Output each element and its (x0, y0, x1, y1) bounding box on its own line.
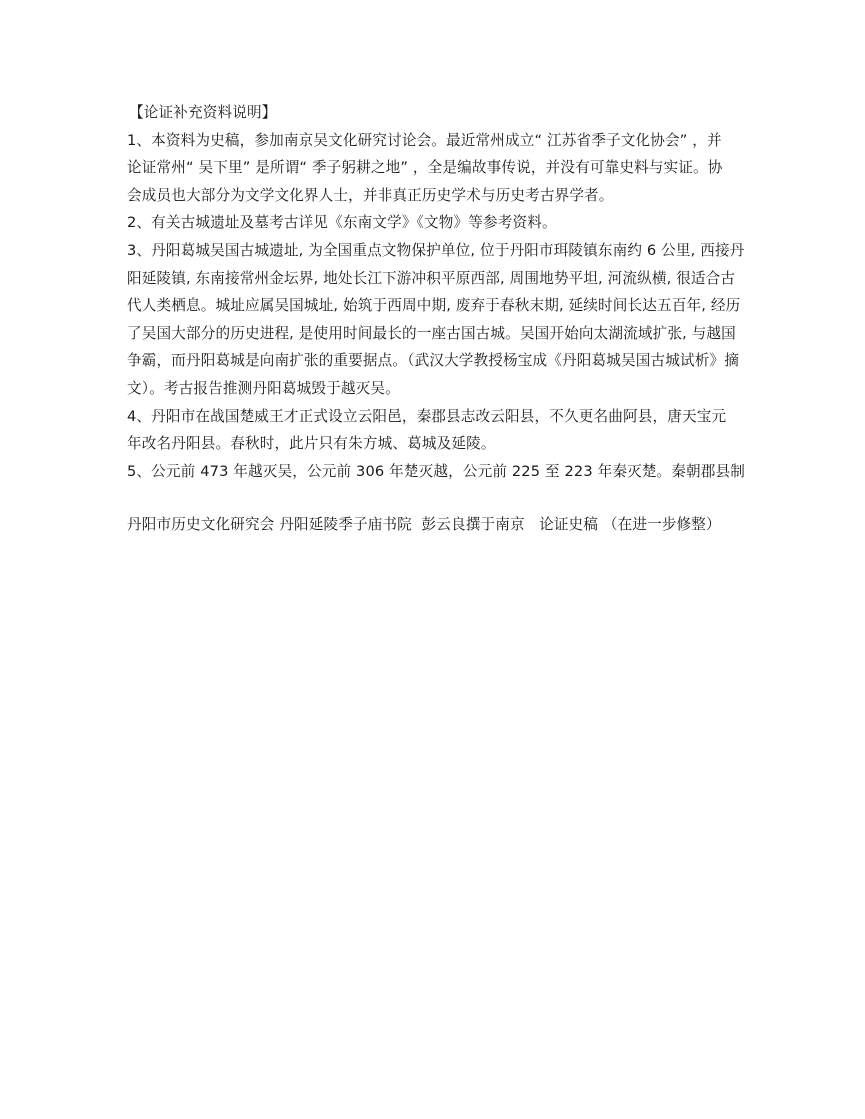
item-3-line-5: 争霸，而丹阳葛城是向南扩张的重要据点。（武汉大学教授杨宝成《丹阳葛城吴国古城试析… (127, 347, 740, 375)
item-3-line-2: 阳延陵镇, 东南接常州金坛界, 地处长江下游冲积平原西部, 周围地势平坦, 河流… (127, 265, 740, 293)
item-1-line-2: 论证常州“ 吴下里” 是所谓“ 季子躬耕之地” ，全是编故事传说，并没有可靠史料… (127, 154, 740, 182)
item-4-line-1: 4、丹阳市在战国楚威王才正式设立云阳邑，秦郡县志改云阳县，不久更名曲阿县，唐天宝… (127, 403, 740, 431)
item-1-line-3: 会成员也大部分为文学文化界人士，并非真正历史学术与历史考古界学者。 (127, 182, 740, 210)
item-3-line-1: 3、丹阳葛城吴国古城遗址, 为全国重点文物保护单位, 位于丹阳市珥陵镇东南约 6… (127, 237, 740, 265)
item-4: 4、丹阳市在战国楚威王才正式设立云阳邑，秦郡县志改云阳县，不久更名曲阿县，唐天宝… (127, 403, 740, 458)
item-5-line-1: 5、公元前 473 年越灭吴，公元前 306 年楚灭越，公元前 225 至 22… (127, 458, 740, 486)
section-title: 【论证补充资料说明】 (127, 99, 740, 127)
document-footer: 丹阳市历史文化研究会 丹阳延陵季子庙书院 彭云良撰于南京 论证史稿 （在进一步修… (127, 511, 721, 538)
item-2: 2、有关古城遗址及墓考古详见《东南文学》《文物》等参考资料。 (127, 209, 740, 237)
item-3: 3、丹阳葛城吴国古城遗址, 为全国重点文物保护单位, 位于丹阳市珥陵镇东南约 6… (127, 237, 740, 403)
item-1: 1、本资料为史稿，参加南京吴文化研究讨论会。最近常州成立“ 江苏省季子文化协会”… (127, 127, 740, 210)
item-3-line-4: 了吴国大部分的历史进程, 是使用时间最长的一座古国古城。吴国开始向太湖流域扩张,… (127, 320, 740, 348)
item-2-line-1: 2、有关古城遗址及墓考古详见《东南文学》《文物》等参考资料。 (127, 209, 740, 237)
document-body: 【论证补充资料说明】 1、本资料为史稿，参加南京吴文化研究讨论会。最近常州成立“… (127, 99, 740, 485)
item-4-line-2: 年改名丹阳县。春秋时，此片只有朱方城、葛城及延陵。 (127, 430, 740, 458)
item-5: 5、公元前 473 年越灭吴，公元前 306 年楚灭越，公元前 225 至 22… (127, 458, 740, 486)
item-3-line-3: 代人类栖息。城址应属吴国城址, 始筑于西周中期, 废弃于春秋末期, 延续时间长达… (127, 292, 740, 320)
item-1-line-1: 1、本资料为史稿，参加南京吴文化研究讨论会。最近常州成立“ 江苏省季子文化协会”… (127, 127, 740, 155)
item-3-line-6: 文）。考古报告推测丹阳葛城毁于越灭吴。 (127, 375, 740, 403)
